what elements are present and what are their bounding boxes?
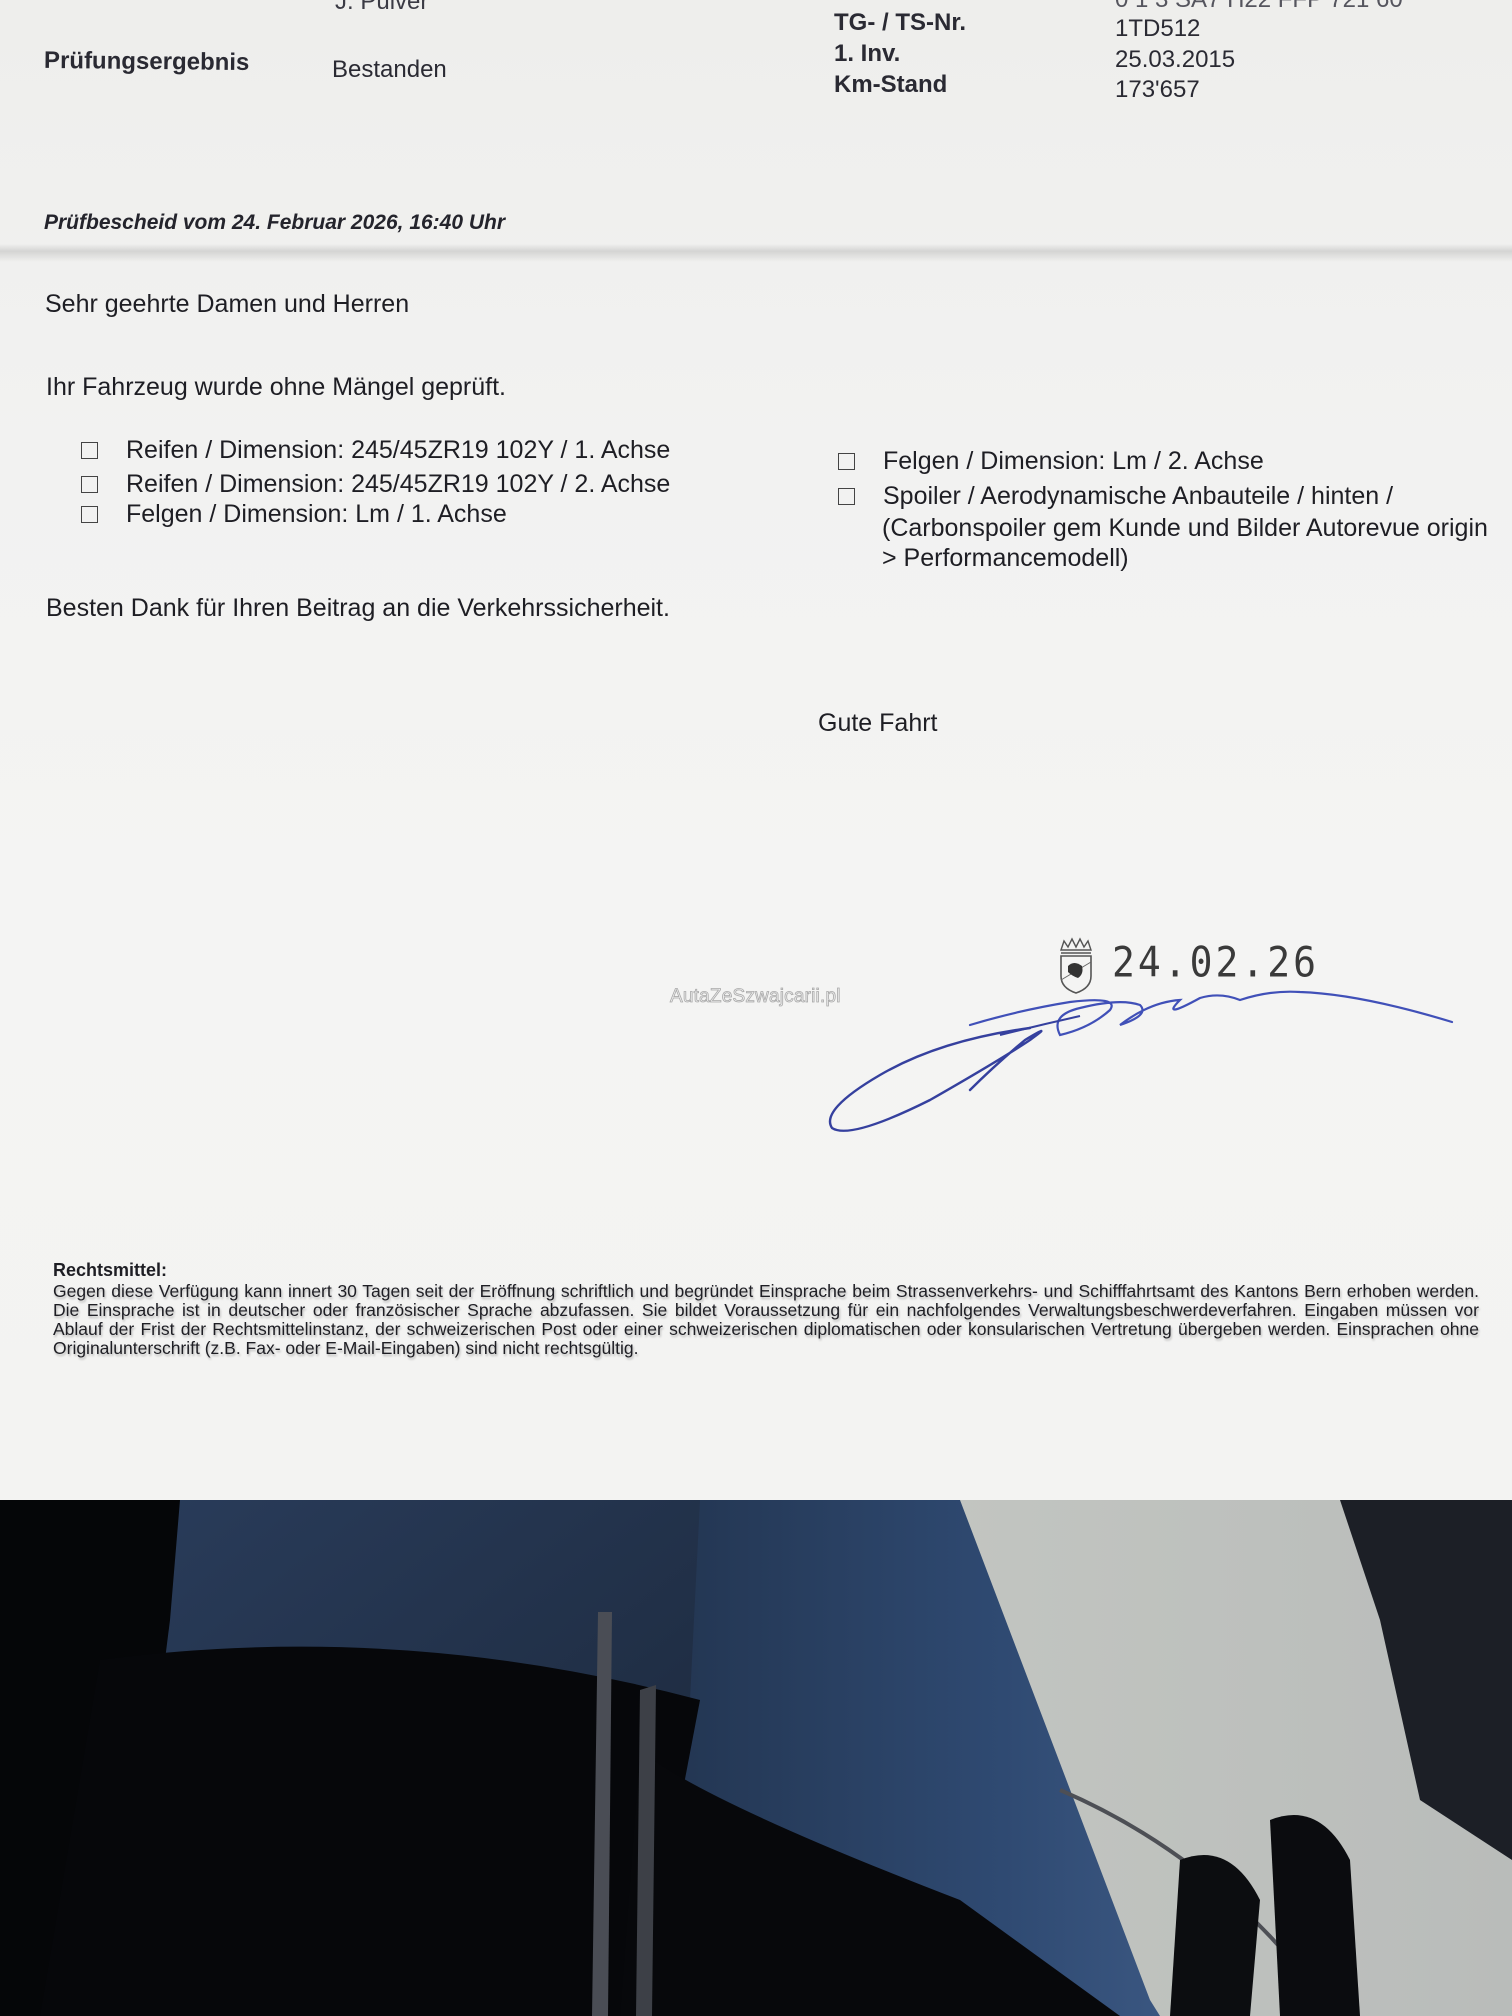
intro-text: Ihr Fahrzeug wurde ohne Mängel geprüft. bbox=[46, 373, 506, 402]
checklist-label: Reifen / Dimension: 245/45ZR19 102Y / 1.… bbox=[126, 436, 670, 465]
checklist-label: Reifen / Dimension: 245/45ZR19 102Y / 2.… bbox=[126, 470, 670, 499]
closing-text: Gute Fahrt bbox=[818, 709, 938, 738]
checklist-label: Felgen / Dimension: Lm / 1. Achse bbox=[126, 500, 507, 529]
spoiler-note-line: > Performancemodell) bbox=[882, 543, 1488, 573]
vehicle-info-value: 1TD512 bbox=[1115, 15, 1200, 43]
checkbox-unchecked[interactable] bbox=[81, 476, 98, 493]
checkbox-unchecked[interactable] bbox=[81, 442, 98, 459]
checklist-item: Reifen / Dimension: 245/45ZR19 102Y / 1.… bbox=[81, 436, 670, 465]
signature bbox=[820, 980, 1460, 1140]
vehicle-info-value: 173'657 bbox=[1115, 76, 1200, 104]
vehicle-info-label: TG- / TS-Nr. bbox=[834, 9, 966, 37]
jeans-and-floor-image bbox=[0, 1500, 1512, 2016]
checklist-item: Felgen / Dimension: Lm / 1. Achse bbox=[81, 500, 507, 529]
checklist-item: Felgen / Dimension: Lm / 2. Achse bbox=[838, 447, 1264, 476]
legal-text: Gegen diese Verfügung kann innert 30 Tag… bbox=[53, 1282, 1479, 1358]
legal-title: Rechtsmittel: bbox=[53, 1260, 167, 1281]
stamp-date: 24.02.26 bbox=[1112, 938, 1319, 986]
checkbox-unchecked[interactable] bbox=[838, 453, 855, 470]
vehicle-info-value: 25.03.2015 bbox=[1115, 46, 1235, 74]
vehicle-info-label: Km-Stand bbox=[834, 71, 947, 99]
checklist-item: Spoiler / Aerodynamische Anbauteile / hi… bbox=[838, 482, 1393, 511]
inspector-name: J. Pulver bbox=[335, 0, 428, 16]
checklist-item: Reifen / Dimension: 245/45ZR19 102Y / 2.… bbox=[81, 470, 670, 499]
checkbox-unchecked[interactable] bbox=[81, 506, 98, 523]
spoiler-note: (Carbonspoiler gem Kunde und Bilder Auto… bbox=[882, 513, 1488, 573]
background-photo bbox=[0, 1500, 1512, 2016]
checkbox-unchecked[interactable] bbox=[838, 488, 855, 505]
paper-fold bbox=[0, 244, 1512, 262]
document-paper: J. Pulver 0 1 3 SA7 H22 FFP 721 60 Prüfu… bbox=[0, 0, 1512, 1500]
thanks-text: Besten Dank für Ihren Beitrag an die Ver… bbox=[46, 594, 670, 623]
result-value: Bestanden bbox=[332, 56, 447, 84]
checklist-label: Spoiler / Aerodynamische Anbauteile / hi… bbox=[883, 482, 1393, 511]
spoiler-note-line: (Carbonspoiler gem Kunde und Bilder Auto… bbox=[882, 513, 1488, 543]
vehicle-info-label: 1. Inv. bbox=[834, 40, 900, 68]
salutation: Sehr geehrte Damen und Herren bbox=[45, 290, 409, 319]
decision-heading: Prüfbescheid vom 24. Februar 2026, 16:40… bbox=[44, 211, 505, 235]
watermark: AutaZeSzwajcarii.pl bbox=[670, 986, 841, 1008]
result-label: Prüfungsergebnis bbox=[44, 47, 250, 77]
checklist-label: Felgen / Dimension: Lm / 2. Achse bbox=[883, 447, 1264, 476]
vin-partial: 0 1 3 SA7 H22 FFP 721 60 bbox=[1115, 0, 1403, 14]
